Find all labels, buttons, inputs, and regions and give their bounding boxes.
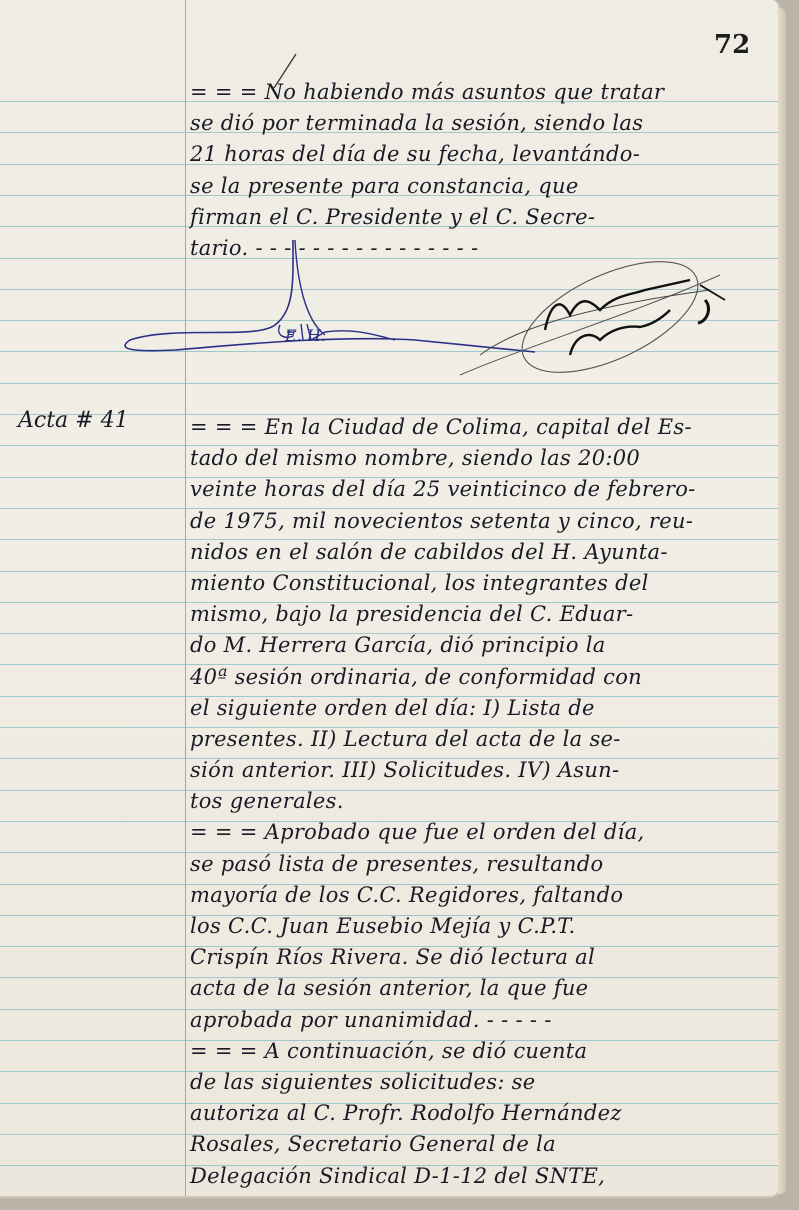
acta-body: = = = En la Ciudad de Colima, capital de… <box>190 412 696 1192</box>
svg-text:E. H.: E. H. <box>284 326 326 345</box>
closing-paragraph: = = = No habiendo más asuntos que tratar… <box>190 77 664 264</box>
acta-line: aprobada por unanimidad. - - - - - <box>190 1005 696 1036</box>
acta-line: sión anterior. III) Solicitudes. IV) Asu… <box>190 755 696 786</box>
acta-line: Crispín Ríos Rivera. Se dió lectura al <box>190 942 696 973</box>
acta-line: el siguiente orden del día: I) Lista de <box>190 693 696 724</box>
acta-line: = = = Aprobado que fue el orden del día, <box>190 817 696 848</box>
red-margin-line <box>185 0 186 1196</box>
acta-line: se pasó lista de presentes, resultando <box>190 849 696 880</box>
closing-line: = = = No habiendo más asuntos que tratar <box>190 77 664 108</box>
closing-line: firman el C. Presidente y el C. Secre- <box>190 202 664 233</box>
acta-line: mayoría de los C.C. Regidores, faltando <box>190 880 696 911</box>
acta-line: acta de la sesión anterior, la que fue <box>190 973 696 1004</box>
acta-margin-label: Acta # 41 <box>18 408 129 433</box>
acta-line: de 1975, mil novecientos setenta y cinco… <box>190 506 696 537</box>
acta-line: Rosales, Secretario General de la <box>190 1129 696 1160</box>
acta-line: miento Constitucional, los integrantes d… <box>190 568 696 599</box>
acta-line: mismo, bajo la presidencia del C. Eduar- <box>190 599 696 630</box>
page-number: 72 <box>714 30 750 60</box>
acta-line: tos generales. <box>190 786 696 817</box>
acta-line: tado del mismo nombre, siendo las 20:00 <box>190 443 696 474</box>
closing-line: se la presente para constancia, que <box>190 171 664 202</box>
acta-line: Delegación Sindical D-1-12 del SNTE, <box>190 1161 696 1192</box>
closing-line: 21 horas del día de su fecha, levantándo… <box>190 139 664 170</box>
acta-line: 40ª sesión ordinaria, de conformidad con <box>190 662 696 693</box>
acta-line: autoriza al C. Profr. Rodolfo Hernández <box>190 1098 696 1129</box>
page-edge <box>778 8 786 1194</box>
acta-line: = = = A continuación, se dió cuenta <box>190 1036 696 1067</box>
acta-line: do M. Herrera García, dió principio la <box>190 630 696 661</box>
ledger-page: 72 = = = No habiendo más asuntos que tra… <box>0 0 780 1198</box>
acta-line: presentes. II) Lectura del acta de la se… <box>190 724 696 755</box>
acta-line: de las siguientes solicitudes: se <box>190 1067 696 1098</box>
acta-line: = = = En la Ciudad de Colima, capital de… <box>190 412 696 443</box>
acta-line: los C.C. Juan Eusebio Mejía y C.P.T. <box>190 911 696 942</box>
signature-secretario <box>450 255 750 395</box>
acta-line: veinte horas del día 25 veinticinco de f… <box>190 474 696 505</box>
acta-line: nidos en el salón de cabildos del H. Ayu… <box>190 537 696 568</box>
closing-line: se dió por terminada la sesión, siendo l… <box>190 108 664 139</box>
